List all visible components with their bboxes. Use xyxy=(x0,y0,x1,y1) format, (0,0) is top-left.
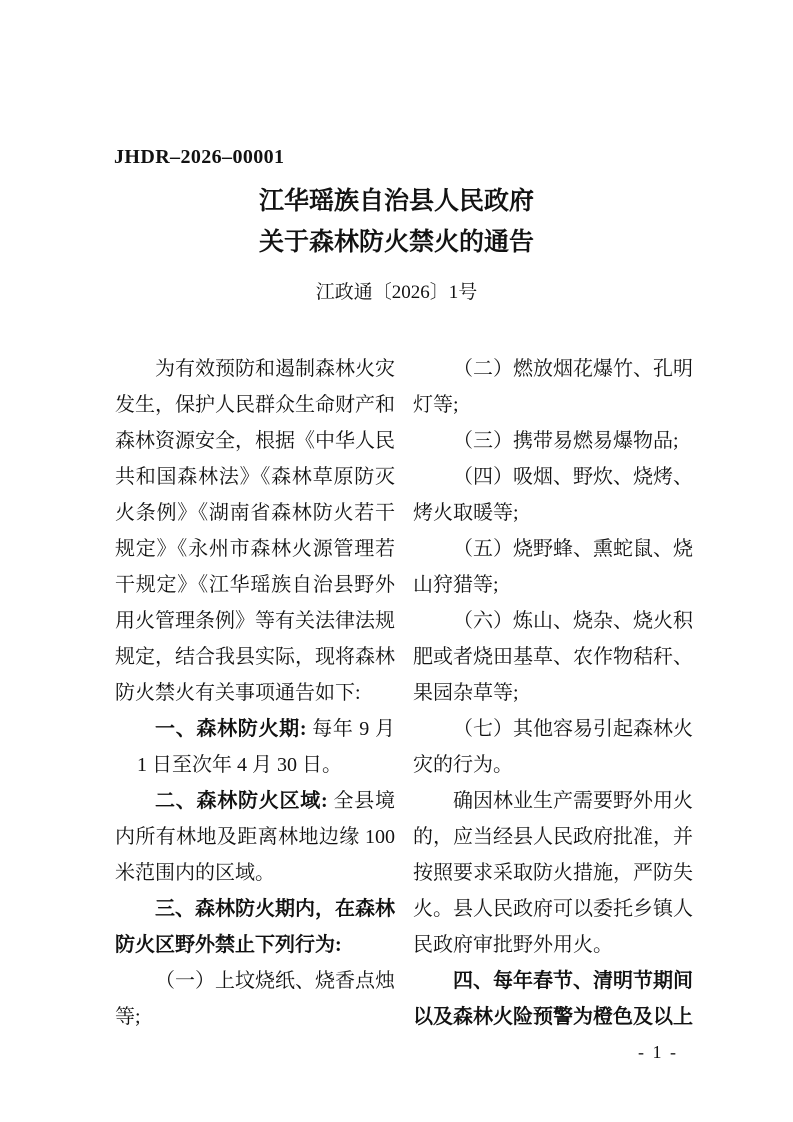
text-line: 等; xyxy=(115,999,395,1035)
page-number: - 1 - xyxy=(610,1042,706,1063)
text-line: 共和国森林法》《森林草原防灭 xyxy=(115,459,395,495)
text-line: 的，应当经县人民政府批准，并 xyxy=(413,819,693,855)
text-line: 发生，保护人民群众生命财产和 xyxy=(115,387,395,423)
text-line: 森林资源安全，根据《中华人民 xyxy=(115,423,395,459)
heading-run: 二、森林防火区域: xyxy=(155,790,328,812)
text-line-heading-1: 一、森林防火期: 每年 9 月 xyxy=(115,711,395,747)
text-line: （四）吸烟、野炊、烧烤、 xyxy=(413,459,693,495)
text-line-heading-4-cont: 以及森林火险预警为橙色及以上 xyxy=(413,999,693,1035)
text-line-heading-4: 四、每年春节、清明节期间 xyxy=(413,963,693,999)
right-column: （二）燃放烟花爆竹、孔明 灯等; （三）携带易燃易爆物品; （四）吸烟、野炊、烧… xyxy=(413,351,693,1035)
text-line: 灯等; xyxy=(413,387,693,423)
text-line: 灾的行为。 xyxy=(413,747,693,783)
document-title: 江华瑶族自治县人民政府 关于森林防火禁火的通告 xyxy=(0,181,793,263)
doc-reference-number: 江政通〔2026〕1号 xyxy=(0,277,793,304)
text-line: 确因林业生产需要野外用火 xyxy=(413,783,693,819)
text-line: （五）烧野蜂、熏蛇鼠、烧 xyxy=(413,531,693,567)
text-line: （二）燃放烟花爆竹、孔明 xyxy=(413,351,693,387)
text-line: 火。县人民政府可以委托乡镇人 xyxy=(413,891,693,927)
text-line: （三）携带易燃易爆物品; xyxy=(413,423,693,459)
title-line-2: 关于森林防火禁火的通告 xyxy=(0,222,793,263)
text-line-heading-2: 二、森林防火区域: 全县境 xyxy=(115,783,395,819)
text-line: 1 日至次年 4 月 30 日。 xyxy=(115,747,395,783)
text-line: 肥或者烧田基草、农作物秸秆、 xyxy=(413,639,693,675)
title-line-1: 江华瑶族自治县人民政府 xyxy=(0,181,793,222)
text-line: （一）上坟烧纸、烧香点烛 xyxy=(115,963,395,999)
heading-run: 一、森林防火期: xyxy=(155,718,307,740)
text-line: 果园杂草等; xyxy=(413,675,693,711)
text-line: 内所有林地及距离林地边缘 100 xyxy=(115,819,395,855)
document-body: 为有效预防和遏制森林火灾 发生，保护人民群众生命财产和 森林资源安全，根据《中华… xyxy=(115,351,693,1035)
text-line: 民政府审批野外用火。 xyxy=(413,927,693,963)
text-line: （七）其他容易引起森林火 xyxy=(413,711,693,747)
doc-number: JHDR–2026–00001 xyxy=(114,146,284,169)
text-line-heading-3-cont: 防火区野外禁止下列行为: xyxy=(115,927,395,963)
text-line: 烤火取暖等; xyxy=(413,495,693,531)
text-line: 规定，结合我县实际，现将森林 xyxy=(115,639,395,675)
text-line: 山狩猎等; xyxy=(413,567,693,603)
text-run: 全县境 xyxy=(328,790,395,812)
left-column: 为有效预防和遏制森林火灾 发生，保护人民群众生命财产和 森林资源安全，根据《中华… xyxy=(115,351,395,1035)
text-line: 按照要求采取防火措施，严防失 xyxy=(413,855,693,891)
document-page: JHDR–2026–00001 江华瑶族自治县人民政府 关于森林防火禁火的通告 … xyxy=(0,0,793,1122)
text-line: 用火管理条例》等有关法律法规 xyxy=(115,603,395,639)
text-run: 每年 9 月 xyxy=(307,718,395,740)
text-line: 米范围内的区域。 xyxy=(115,855,395,891)
text-line: 规定》《永州市森林火源管理若 xyxy=(115,531,395,567)
text-line: 干规定》《江华瑶族自治县野外 xyxy=(115,567,395,603)
text-line: 防火禁火有关事项通告如下: xyxy=(115,675,395,711)
text-line-heading-3: 三、森林防火期内，在森林 xyxy=(115,891,395,927)
text-line: 火条例》《湖南省森林防火若干 xyxy=(115,495,395,531)
text-line: （六）炼山、烧杂、烧火积 xyxy=(413,603,693,639)
text-line: 为有效预防和遏制森林火灾 xyxy=(115,351,395,387)
